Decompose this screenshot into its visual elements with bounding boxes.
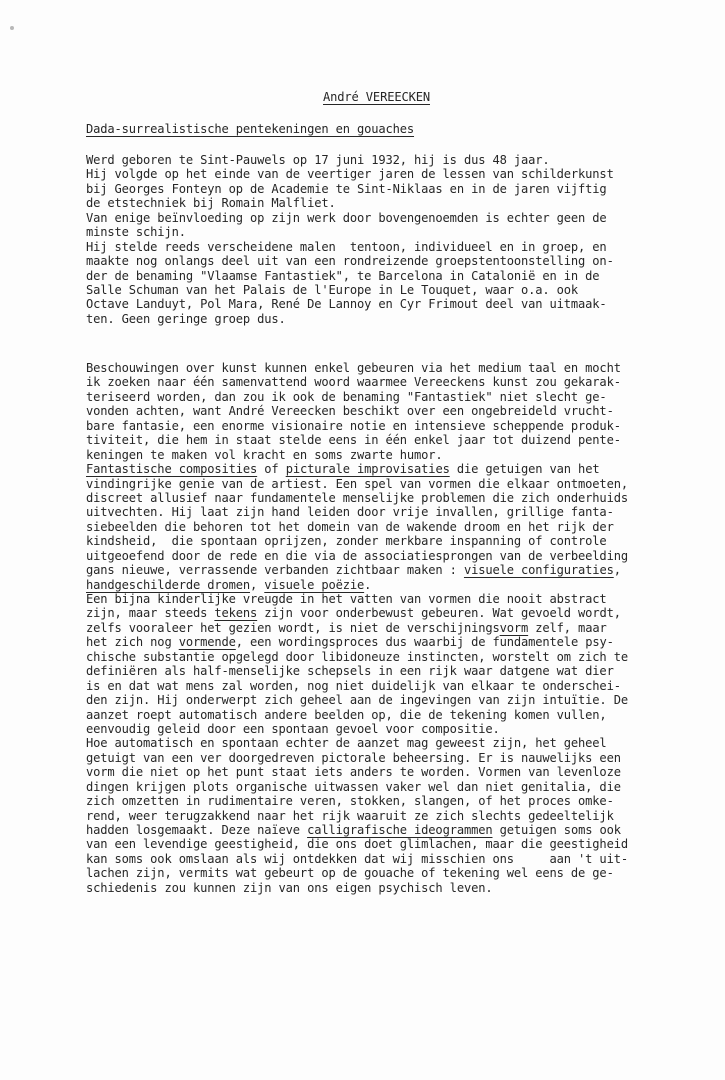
text-line: gans nieuwe, verrassende verbanden zicht… bbox=[86, 563, 725, 577]
text-line: Beschouwingen over kunst kunnen enkel ge… bbox=[86, 361, 725, 375]
text-segment: kan soms ook omslaan als wij ontdekken d… bbox=[86, 852, 628, 866]
underlined-phrase: vorm bbox=[500, 621, 529, 635]
text-segment: tiviteit, die hem in staat stelde eens i… bbox=[86, 433, 621, 447]
text-segment: uitgeoefend door de rede en die via de a… bbox=[86, 549, 628, 563]
text-segment: hadden losgemaakt. Deze naïeve bbox=[86, 823, 307, 837]
text-segment: vindingrijke genie van de artiest. Een s… bbox=[86, 477, 628, 491]
text-line: Hij stelde reeds verscheidene malen tent… bbox=[86, 240, 725, 254]
text-line: uitvechten. Hij laat zijn hand leiden do… bbox=[86, 505, 725, 519]
text-line: den zijn. Hij onderwerpt zich geheel aan… bbox=[86, 693, 725, 707]
text-segment: vorm die niet op het punt staat iets and… bbox=[86, 765, 621, 779]
biography-paragraph: Werd geboren te Sint-Pauwels op 17 juni … bbox=[86, 153, 725, 326]
text-line: kindsheid, die spontaan oprijzen, zonder… bbox=[86, 534, 725, 548]
text-segment: . bbox=[364, 578, 371, 592]
text-line: Van enige beïnvloeding op zijn werk door… bbox=[86, 211, 725, 225]
text-segment: Hij volgde op het einde van de veertiger… bbox=[86, 167, 614, 181]
text-line: zich omzetten in rudimentaire veren, sto… bbox=[86, 794, 725, 808]
text-segment: ik zoeken naar één samenvattend woord wa… bbox=[86, 375, 621, 389]
underlined-phrase: calligrafische ideogrammen bbox=[307, 823, 492, 837]
analysis-paragraph: Beschouwingen over kunst kunnen enkel ge… bbox=[86, 361, 725, 895]
document-title: André VEREECKEN bbox=[0, 90, 725, 104]
text-segment: bij Georges Fonteyn op de Academie te Si… bbox=[86, 182, 607, 196]
text-segment: ten. Geen geringe groep dus. bbox=[86, 312, 286, 326]
text-line: Hij volgde op het einde van de veertiger… bbox=[86, 167, 725, 181]
underlined-phrase: handgeschilderde dromen bbox=[86, 578, 250, 592]
corner-mark bbox=[10, 26, 14, 30]
text-line: dingen krijgen plots organische uitwasse… bbox=[86, 780, 725, 794]
text-segment: , bbox=[250, 578, 264, 592]
text-segment: lachen zijn, vermits wat gebeurt op de g… bbox=[86, 866, 614, 880]
text-segment: Een bijna kinderlijke vreugde in het vat… bbox=[86, 592, 607, 606]
text-segment: , bbox=[614, 563, 621, 577]
text-line: het zich nog vormende, een wordingsproce… bbox=[86, 635, 725, 649]
text-line: Salle Schuman van het Palais de l'Europe… bbox=[86, 283, 725, 297]
typewritten-page: André VEREECKEN Dada-surrealistische pen… bbox=[0, 0, 725, 1080]
text-line: rend, weer terugzakkend naar het rijk wa… bbox=[86, 809, 725, 823]
text-segment: der de benaming "Vlaamse Fantastiek", te… bbox=[86, 269, 599, 283]
text-line: is en dat wat mens zal worden, nog niet … bbox=[86, 679, 725, 693]
text-segment: aanzet roept automatisch andere beelden … bbox=[86, 708, 607, 722]
text-line: van een levendige geestigheid, die ons d… bbox=[86, 837, 725, 851]
text-segment: Octave Landuyt, Pol Mara, René De Lannoy… bbox=[86, 297, 607, 311]
text-line: de etstechniek bij Romain Malfliet. bbox=[86, 196, 725, 210]
text-segment: of bbox=[257, 462, 286, 476]
document-subtitle: Dada-surrealistische pentekeningen en go… bbox=[86, 122, 414, 136]
text-line: aanzet roept automatisch andere beelden … bbox=[86, 708, 725, 722]
underlined-phrase: visuele poëzie bbox=[264, 578, 364, 592]
text-segment: zelf, maar bbox=[528, 621, 606, 635]
text-segment: die getuigen van het bbox=[450, 462, 600, 476]
text-segment: van een levendige geestigheid, die ons d… bbox=[86, 837, 628, 851]
text-segment: vonden achten, want André Vereecken besc… bbox=[86, 404, 614, 418]
text-line: keningen te maken vol kracht en soms zwa… bbox=[86, 448, 725, 462]
text-line: zelfs vooraleer het gezien wordt, is nie… bbox=[86, 621, 725, 635]
text-segment: zijn voor onderbewust gebeuren. Wat gevo… bbox=[257, 606, 621, 620]
text-line: Hoe automatisch en spontaan echter de aa… bbox=[86, 736, 725, 750]
text-line: maakte nog onlangs deel uit van een rond… bbox=[86, 254, 725, 268]
text-segment: maakte nog onlangs deel uit van een rond… bbox=[86, 254, 614, 268]
underlined-phrase: visuele configuraties bbox=[464, 563, 614, 577]
text-segment: , een wordingsproces dus waarbij de fund… bbox=[236, 635, 614, 649]
text-segment: chische substantie opgelegd door libidon… bbox=[86, 650, 628, 664]
text-line: tiviteit, die hem in staat stelde eens i… bbox=[86, 433, 725, 447]
text-segment: zijn, maar steeds bbox=[86, 606, 214, 620]
text-line: definiëren als half-menselijke schepsels… bbox=[86, 664, 725, 678]
text-segment: minste schijn. bbox=[86, 225, 186, 239]
text-segment: is en dat wat mens zal worden, nog niet … bbox=[86, 679, 621, 693]
text-segment: Werd geboren te Sint-Pauwels op 17 juni … bbox=[86, 153, 550, 167]
text-segment: definiëren als half-menselijke schepsels… bbox=[86, 664, 614, 678]
text-segment: Hij stelde reeds verscheidene malen tent… bbox=[86, 240, 607, 254]
text-segment: eenvoudig geleid door een spontaan gevoe… bbox=[86, 722, 500, 736]
underlined-phrase: vormende bbox=[179, 635, 236, 649]
text-line: vorm die niet op het punt staat iets and… bbox=[86, 765, 725, 779]
text-segment: zich omzetten in rudimentaire veren, sto… bbox=[86, 794, 614, 808]
text-line: siebeelden die behoren tot het domein va… bbox=[86, 520, 725, 534]
text-line: vonden achten, want André Vereecken besc… bbox=[86, 404, 725, 418]
text-line: discreet allusief naar fundamentele mens… bbox=[86, 491, 725, 505]
text-segment: gans nieuwe, verrassende verbanden zicht… bbox=[86, 563, 464, 577]
text-line: ik zoeken naar één samenvattend woord wa… bbox=[86, 375, 725, 389]
text-segment: uitvechten. Hij laat zijn hand leiden do… bbox=[86, 505, 614, 519]
text-line: zijn, maar steeds tekens zijn voor onder… bbox=[86, 606, 725, 620]
text-segment: de etstechniek bij Romain Malfliet. bbox=[86, 196, 336, 210]
text-segment: Van enige beïnvloeding op zijn werk door… bbox=[86, 211, 607, 225]
text-line: ten. Geen geringe groep dus. bbox=[86, 312, 725, 326]
title-text: André VEREECKEN bbox=[295, 90, 430, 104]
text-line: minste schijn. bbox=[86, 225, 725, 239]
text-line: eenvoudig geleid door een spontaan gevoe… bbox=[86, 722, 725, 736]
text-line: handgeschilderde dromen, visuele poëzie. bbox=[86, 578, 725, 592]
text-line: Fantastische composities of picturale im… bbox=[86, 462, 725, 476]
text-segment: rend, weer terugzakkend naar het rijk wa… bbox=[86, 809, 614, 823]
text-line: chische substantie opgelegd door libidon… bbox=[86, 650, 725, 664]
text-line: der de benaming "Vlaamse Fantastiek", te… bbox=[86, 269, 725, 283]
text-line: teriseerd worden, dan zou ik ook de bena… bbox=[86, 390, 725, 404]
underlined-phrase: picturale improvisaties bbox=[286, 462, 450, 476]
text-line: uitgeoefend door de rede en die via de a… bbox=[86, 549, 725, 563]
text-segment: discreet allusief naar fundamentele mens… bbox=[86, 491, 628, 505]
text-segment: schiedenis zou kunnen zijn van ons eigen… bbox=[86, 881, 492, 895]
text-segment: getuigt van een ver doorgedreven pictora… bbox=[86, 751, 621, 765]
text-segment: dingen krijgen plots organische uitwasse… bbox=[86, 780, 621, 794]
text-segment: getuigen soms ook bbox=[493, 823, 621, 837]
text-segment: Hoe automatisch en spontaan echter de aa… bbox=[86, 736, 607, 750]
underlined-phrase: tekens bbox=[214, 606, 257, 620]
text-line: vindingrijke genie van de artiest. Een s… bbox=[86, 477, 725, 491]
text-line: schiedenis zou kunnen zijn van ons eigen… bbox=[86, 881, 725, 895]
underlined-phrase: Fantastische composities bbox=[86, 462, 257, 476]
text-line: Werd geboren te Sint-Pauwels op 17 juni … bbox=[86, 153, 725, 167]
text-line: getuigt van een ver doorgedreven pictora… bbox=[86, 751, 725, 765]
text-segment: teriseerd worden, dan zou ik ook de bena… bbox=[86, 390, 607, 404]
text-segment: zelfs vooraleer het gezien wordt, is nie… bbox=[86, 621, 500, 635]
text-segment: bare fantasie, een enorme visionaire not… bbox=[86, 419, 621, 433]
text-line: bare fantasie, een enorme visionaire not… bbox=[86, 419, 725, 433]
text-line: lachen zijn, vermits wat gebeurt op de g… bbox=[86, 866, 725, 880]
text-line: hadden losgemaakt. Deze naïeve calligraf… bbox=[86, 823, 725, 837]
text-segment: kindsheid, die spontaan oprijzen, zonder… bbox=[86, 534, 607, 548]
text-segment: den zijn. Hij onderwerpt zich geheel aan… bbox=[86, 693, 628, 707]
text-segment: Salle Schuman van het Palais de l'Europe… bbox=[86, 283, 578, 297]
text-line: Een bijna kinderlijke vreugde in het vat… bbox=[86, 592, 725, 606]
text-line: bij Georges Fonteyn op de Academie te Si… bbox=[86, 182, 725, 196]
text-segment: keningen te maken vol kracht en soms zwa… bbox=[86, 448, 443, 462]
text-segment: Beschouwingen over kunst kunnen enkel ge… bbox=[86, 361, 621, 375]
text-line: Octave Landuyt, Pol Mara, René De Lannoy… bbox=[86, 297, 725, 311]
text-segment: siebeelden die behoren tot het domein va… bbox=[86, 520, 614, 534]
text-segment: het zich nog bbox=[86, 635, 179, 649]
text-line: kan soms ook omslaan als wij ontdekken d… bbox=[86, 852, 725, 866]
